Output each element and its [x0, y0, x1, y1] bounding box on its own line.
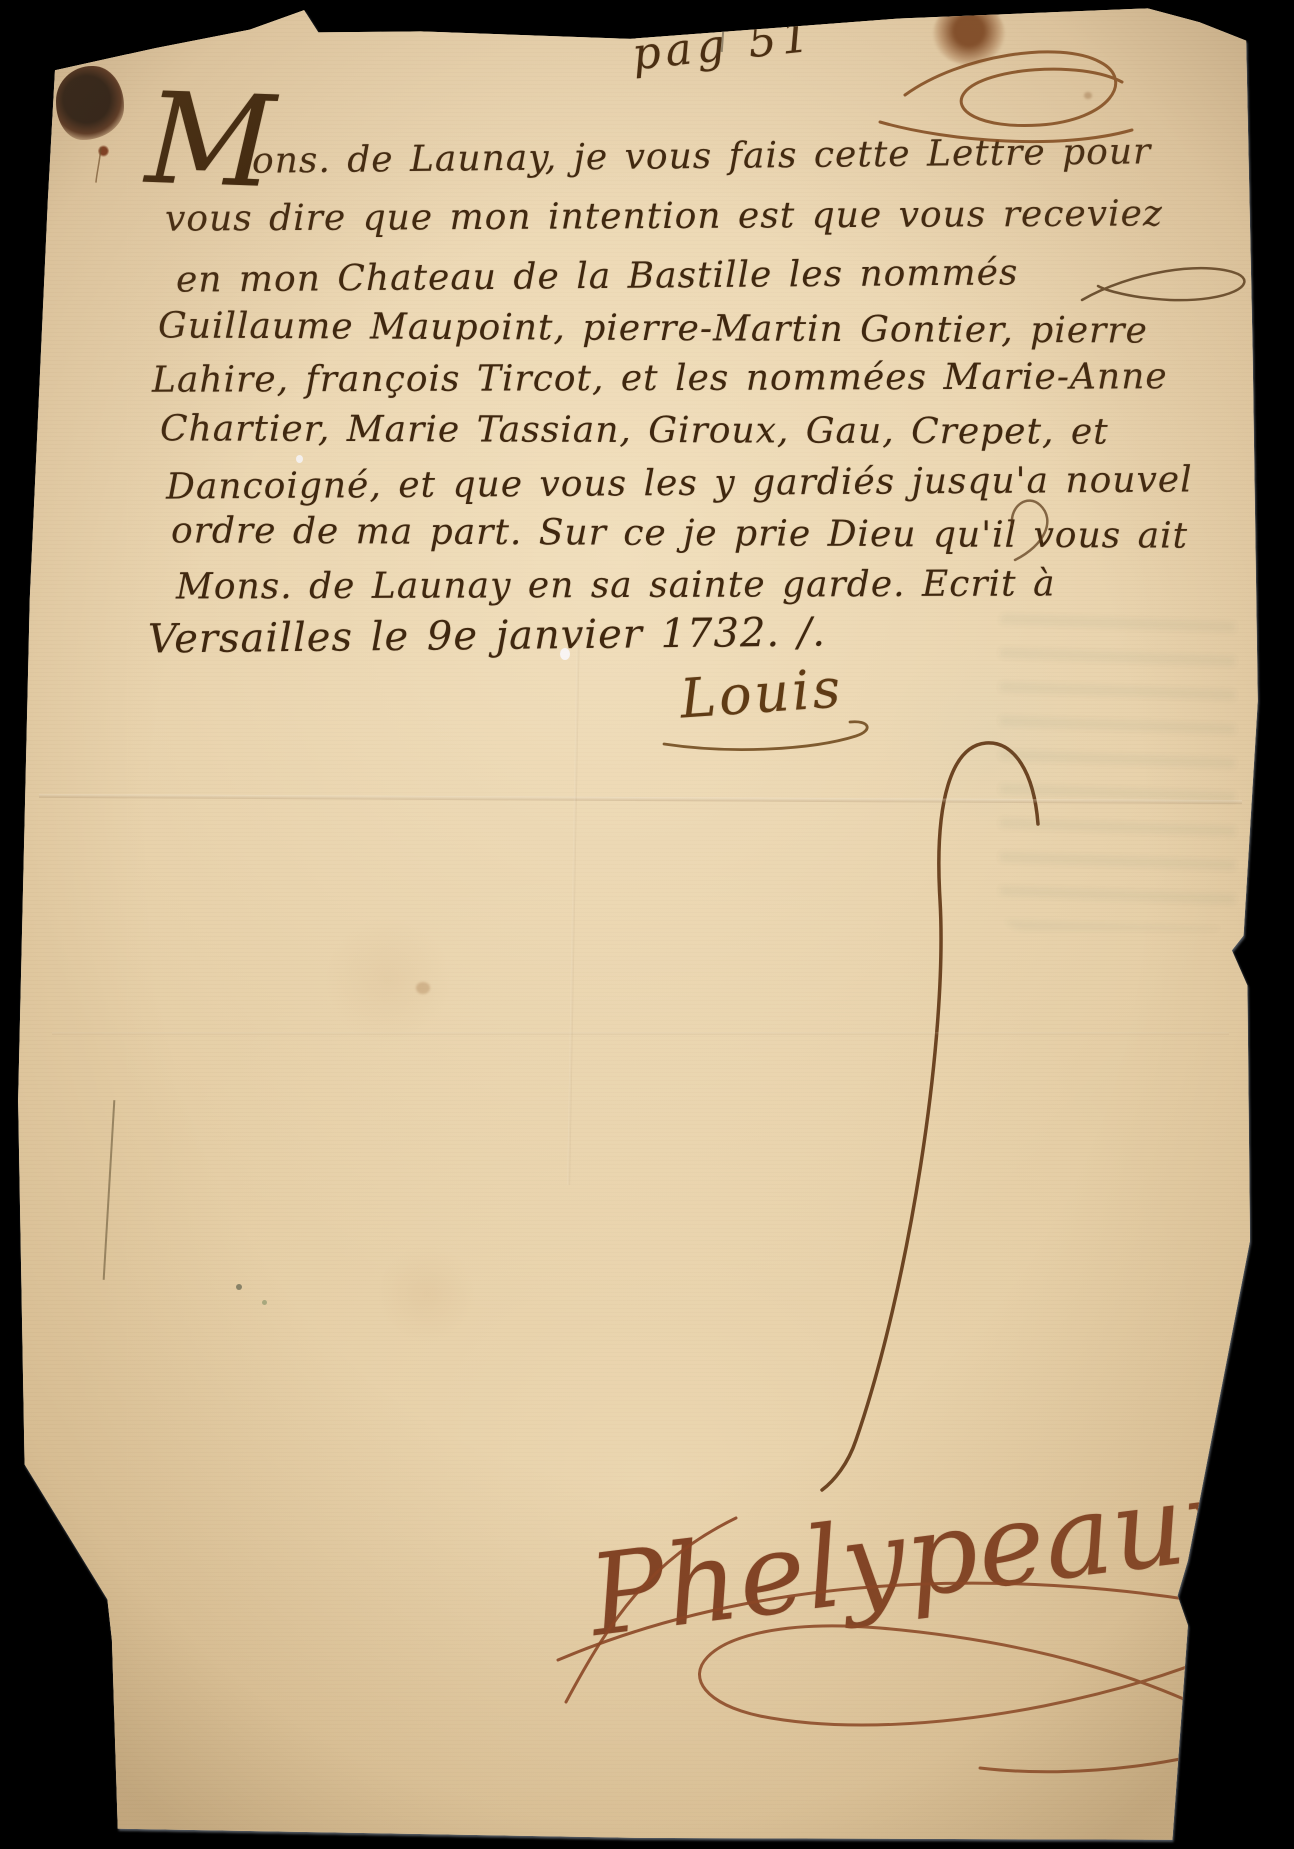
line3-end-flourish	[1082, 268, 1244, 300]
pencil-folio-number: 16	[78, 10, 113, 43]
letter-line-5: Lahire, françois Tircot, et les nommées …	[152, 356, 1168, 401]
letter-line-7: Dancoigné, et que vous les y gardiés jus…	[166, 459, 1193, 507]
foxing-spot	[262, 1300, 267, 1305]
horizontal-fold-crease-lower	[52, 1032, 1230, 1035]
letter-line-9: Mons. de Launay en sa sainte garde. Ecri…	[176, 563, 1056, 607]
ink-blot-droplet	[98, 145, 109, 157]
letter-line-1: ons. de Launay, je vous fais cette Lettr…	[252, 131, 1152, 181]
paper-wrap: 16 pag 51 M ons. de Launay, je vous fais…	[0, 0, 1294, 1849]
foxing-spot	[416, 982, 430, 994]
letter-line-10: Versailles le 9e janvier 1732. /.	[148, 609, 826, 662]
letter-line-2: vous dire que mon intention est que vous…	[165, 193, 1163, 239]
scan-background: 16 pag 51 M ons. de Launay, je vous fais…	[0, 0, 1294, 1849]
paper-scratch	[103, 1100, 116, 1280]
letter-line-6: Chartier, Marie Tassian, Giroux, Gau, Cr…	[160, 408, 1109, 452]
phelypeaux-countersignature: Phelypeaux	[583, 1452, 1257, 1662]
royal-paraph-stroke	[822, 743, 1038, 1490]
letter-line-4: Guillaume Maupoint, pierre-Martin Gontie…	[158, 305, 1148, 351]
ink-blot	[56, 66, 124, 140]
page-mark-paraph	[880, 52, 1132, 142]
letter-line-3: en mon Chateau de la Bastille les nommés	[176, 252, 1019, 300]
letter-paper: 16 pag 51 M ons. de Launay, je vous fais…	[0, 0, 1294, 1849]
paper-fleck	[560, 648, 570, 660]
countersignature-loop-flourish	[700, 1618, 1291, 1772]
letter-line-8: ordre de ma part. Sur ce je prie Dieu qu…	[171, 510, 1188, 556]
louis-signature: Louis	[678, 656, 845, 730]
paper-fleck	[296, 455, 303, 463]
horizontal-fold-crease	[39, 794, 1242, 804]
vertical-crease	[567, 625, 580, 1185]
foxing-spot	[1084, 92, 1092, 99]
rust-stain	[933, 3, 1005, 65]
page-number-mark: pag 51	[630, 11, 817, 81]
foxing-spot	[236, 1284, 242, 1290]
ink-bleedthrough	[1000, 600, 1235, 930]
